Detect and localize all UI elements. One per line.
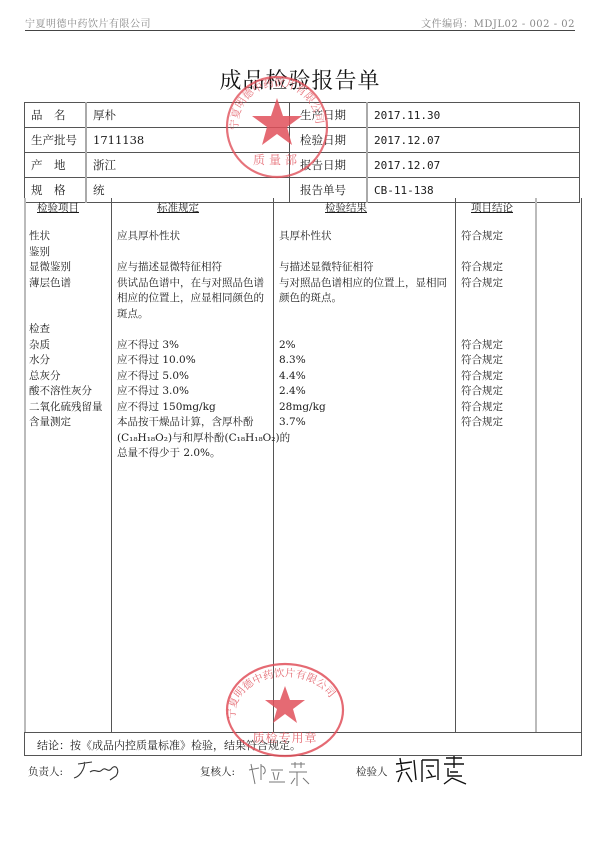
page-title: 成品检验报告单 [0, 64, 600, 95]
conclusion-text: 结论：按《成品内控质量标准》检验，结果符合规定。 [37, 737, 301, 753]
product-info-table: 品 名 厚朴 生产日期 2017.11.30 生产批号 1711138 检验日期… [24, 102, 580, 203]
table-cell-item: 二氧化硫残留量 [29, 400, 103, 415]
table-cell-item: 杂质 [29, 338, 50, 353]
prod-date-label: 生产日期 [290, 103, 368, 128]
table-cell-item: 薄层色谱 [29, 276, 71, 291]
table-cell-result: 8.3% [279, 353, 306, 368]
table-cell-standard: 斑点。 [117, 307, 149, 322]
reviewer-label: 复核人: [200, 764, 235, 779]
origin-label: 产 地 [25, 153, 87, 178]
table-cell-item: 显微鉴别 [29, 260, 71, 275]
table-cell-standard: 供试品色谱中，在与对照品色谱 [117, 276, 264, 291]
batch-value: 1711138 [86, 128, 290, 153]
page-header: 宁夏明德中药饮片有限公司 文件编码：MDJL02 - 002 - 02 [25, 14, 575, 31]
inspect-date-value: 2017.12.07 [367, 128, 580, 153]
table-cell-item: 含量测定 [29, 415, 71, 430]
table-cell-result: 28mg/kg [279, 400, 326, 415]
report-date-value: 2017.12.07 [367, 153, 580, 178]
table-cell-standard: 应不得过 5.0% [117, 369, 189, 384]
col-header-result: 检验结果 [325, 200, 367, 215]
table-cell-conclusion: 符合规定 [461, 276, 503, 291]
table-cell-conclusion: 符合规定 [461, 384, 503, 399]
report-date-label: 报告日期 [290, 153, 368, 178]
table-cell-result: 2.4% [279, 384, 306, 399]
table-cell-item: 水分 [29, 353, 50, 368]
divider [273, 198, 274, 732]
document-number: 文件编码：MDJL02 - 002 - 02 [421, 15, 575, 30]
table-cell-result: 4.4% [279, 369, 306, 384]
table-cell-standard: 总量不得少于 2.0%。 [117, 446, 221, 461]
divider [535, 198, 537, 732]
table-cell-result: 具厚朴性状 [279, 229, 332, 244]
table-cell-result: 2% [279, 338, 296, 353]
table-cell-result: 与描述显微特征相符 [279, 260, 374, 275]
table-cell-conclusion: 符合规定 [461, 415, 503, 430]
table-cell-conclusion: 符合规定 [461, 400, 503, 415]
prod-date-value: 2017.11.30 [367, 103, 580, 128]
company-name: 宁夏明德中药饮片有限公司 [25, 15, 151, 30]
table-cell-standard: (C₁₈H₁₈O₂)与和厚朴酚(C₁₈H₁₈O₂)的 [117, 431, 290, 446]
col-header-item: 检验项目 [37, 200, 79, 215]
table-cell-standard: 应与描述显微特征相符 [117, 260, 222, 275]
table-cell-item: 鉴别 [29, 245, 50, 260]
product-name-label: 品 名 [25, 103, 87, 128]
table-cell-standard: 应不得过 150mg/kg [117, 400, 216, 415]
table-cell-item: 性状 [29, 229, 50, 244]
col-header-conclusion: 项目结论 [471, 200, 513, 215]
table-cell-standard: 应不得过 3% [117, 338, 179, 353]
table-cell-conclusion: 符合规定 [461, 369, 503, 384]
divider [455, 198, 456, 732]
table-cell-conclusion: 符合规定 [461, 353, 503, 368]
table-cell-standard: 相应的位置上，应显相同颜色的 [117, 291, 264, 306]
table-cell-standard: 应不得过 3.0% [117, 384, 189, 399]
divider [24, 198, 26, 732]
table-cell-conclusion: 符合规定 [461, 260, 503, 275]
inspect-date-label: 检验日期 [290, 128, 368, 153]
inspector-signature [392, 754, 472, 786]
table-cell-standard: 应不得过 10.0% [117, 353, 196, 368]
reviewer-signature [245, 758, 315, 788]
table-cell-standard: 本品按干燥品计算，含厚朴酚 [117, 415, 254, 430]
conclusion-box: 结论：按《成品内控质量标准》检验，结果符合规定。 [24, 732, 582, 756]
table-cell-conclusion: 符合规定 [461, 229, 503, 244]
table-cell-item: 酸不溶性灰分 [29, 384, 92, 399]
table-cell-result: 颜色的斑点。 [279, 291, 342, 306]
inspector-label: 检验人 [356, 764, 388, 779]
responsible-label: 负责人: [28, 764, 63, 779]
table-cell-result: 3.7% [279, 415, 306, 430]
inspection-table: 检验项目 标准规定 检验结果 项目结论 性状应具厚朴性状具厚朴性状符合规定鉴别显… [24, 198, 582, 733]
product-name-value: 厚朴 [86, 103, 290, 128]
table-cell-result: 与对照品色谱相应的位置上，显相同 [279, 276, 447, 291]
responsible-signature [68, 758, 128, 782]
batch-label: 生产批号 [25, 128, 87, 153]
table-cell-item: 检查 [29, 322, 50, 337]
col-header-standard: 标准规定 [157, 200, 199, 215]
origin-value: 浙江 [86, 153, 290, 178]
table-cell-conclusion: 符合规定 [461, 338, 503, 353]
table-cell-item: 总灰分 [29, 369, 61, 384]
table-cell-standard: 应具厚朴性状 [117, 229, 180, 244]
divider [111, 198, 112, 732]
